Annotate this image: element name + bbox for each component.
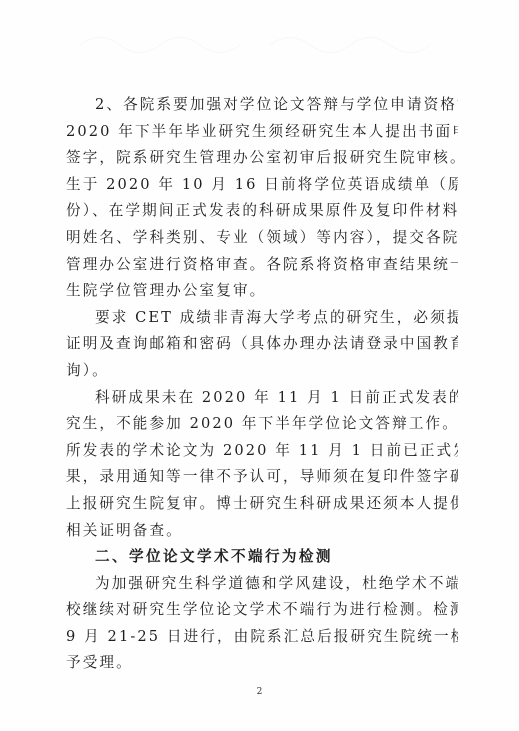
text-line: 份）、在学期间正式发表的科研成果原件及复印件材料装袋（注 [66, 198, 458, 225]
text-line: 科研成果未在 2020 年 11 月 1 日前正式发表的硕士、博士研 [66, 385, 458, 412]
text-line: 明姓名、学科类别、专业（领域）等内容），提交各院系研究生 [66, 225, 458, 252]
text-line: 证明及查询邮箱和密码（具体办理办法请登录中国教育考试网查 [66, 331, 458, 358]
text-line: 为加强研究生科学道德和学风建设，杜绝学术不端行为，学 [66, 571, 458, 598]
text-line: 要求 CET 成绩非青海大学考点的研究生，必须提供 CET 成绩 [66, 305, 458, 332]
text-line: 2020 年下半年毕业研究生须经研究生本人提出书面申请和导师 [66, 119, 458, 146]
page-number: 2 [0, 687, 519, 697]
text-line: 究生，不能参加 2020 年下半年学位论文答辩工作。毕业研究生 [66, 411, 458, 438]
text-line: 2、各院系要加强对学位论文答辩与学位申请资格审核工作. [66, 92, 458, 119]
document-body: 2、各院系要加强对学位论文答辩与学位申请资格审核工作. 2020 年下半年毕业研… [66, 92, 458, 677]
text-line: 予受理。 [66, 650, 458, 677]
text-line: 9 月 21-25 日进行，由院系汇总后报研究生院统一检测，逾期不 [66, 624, 458, 651]
text-line: 上报研究生院复审。博士研究生科研成果还须本人提供刊物级别 [66, 491, 458, 518]
watermark-pattern [70, 25, 470, 65]
text-line: 询）。 [66, 358, 458, 385]
text-line: 管理办公室进行资格审查。各院系将资格审查结果统一上报研究 [66, 252, 458, 279]
section-heading: 二、学位论文学术不端行为检测 [66, 544, 458, 571]
text-line: 签字，院系研究生管理办公室初审后报研究生院审核。毕业研究 [66, 145, 458, 172]
text-line: 校继续对研究生学位论文学术不端行为进行检测。检测工作将在 [66, 597, 458, 624]
paragraph-qualification-review: 2、各院系要加强对学位论文答辩与学位申请资格审核工作. 2020 年下半年毕业研… [66, 92, 458, 305]
document-page: 2、各院系要加强对学位论文答辩与学位申请资格审核工作. 2020 年下半年毕业研… [0, 0, 519, 731]
text-line: 生于 2020 年 10 月 16 日前将学位英语成绩单（原件、复印件 1 [66, 172, 458, 199]
text-line: 果，录用通知等一律不予认可，导师须在复印件签字确认后统一 [66, 464, 458, 491]
paragraph-cet-requirement: 要求 CET 成绩非青海大学考点的研究生，必须提供 CET 成绩 证明及查询邮箱… [66, 305, 458, 385]
text-line: 相关证明备查。 [66, 518, 458, 545]
text-line: 生院学位管理办公室复审。 [66, 278, 458, 305]
paragraph-plagiarism-check: 为加强研究生科学道德和学风建设，杜绝学术不端行为，学 校继续对研究生学位论文学术… [66, 571, 458, 677]
paragraph-research-results: 科研成果未在 2020 年 11 月 1 日前正式发表的硕士、博士研 究生，不能… [66, 385, 458, 545]
text-line: 所发表的学术论文为 2020 年 11 月 1 日前已正式发表见刊的成 [66, 438, 458, 465]
